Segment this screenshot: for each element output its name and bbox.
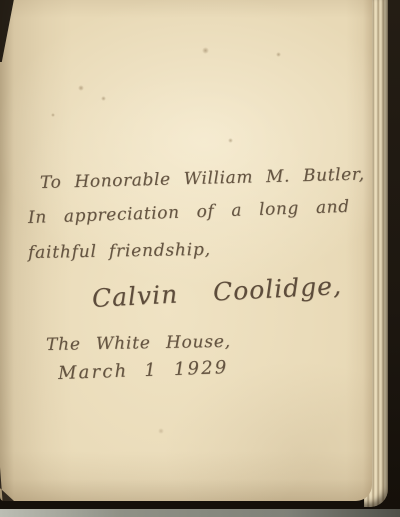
signature-calvin-coolidge: Calvin Coolidge, xyxy=(91,271,342,313)
inscription-line-white-house: The White House, xyxy=(46,332,231,355)
book-photo: To Honorable William M. Butler, In appre… xyxy=(0,0,400,517)
inscription: To Honorable William M. Butler, In appre… xyxy=(0,0,372,501)
inscription-line-date: March 1 1929 xyxy=(58,357,229,384)
inscription-line-friendship: faithful friendship, xyxy=(28,240,211,263)
inscription-line-recipient: To Honorable William M. Butler, xyxy=(40,165,365,193)
endpaper-page: To Honorable William M. Butler, In appre… xyxy=(0,0,372,501)
inscription-line-appreciation: In appreciation of a long and xyxy=(28,197,350,228)
